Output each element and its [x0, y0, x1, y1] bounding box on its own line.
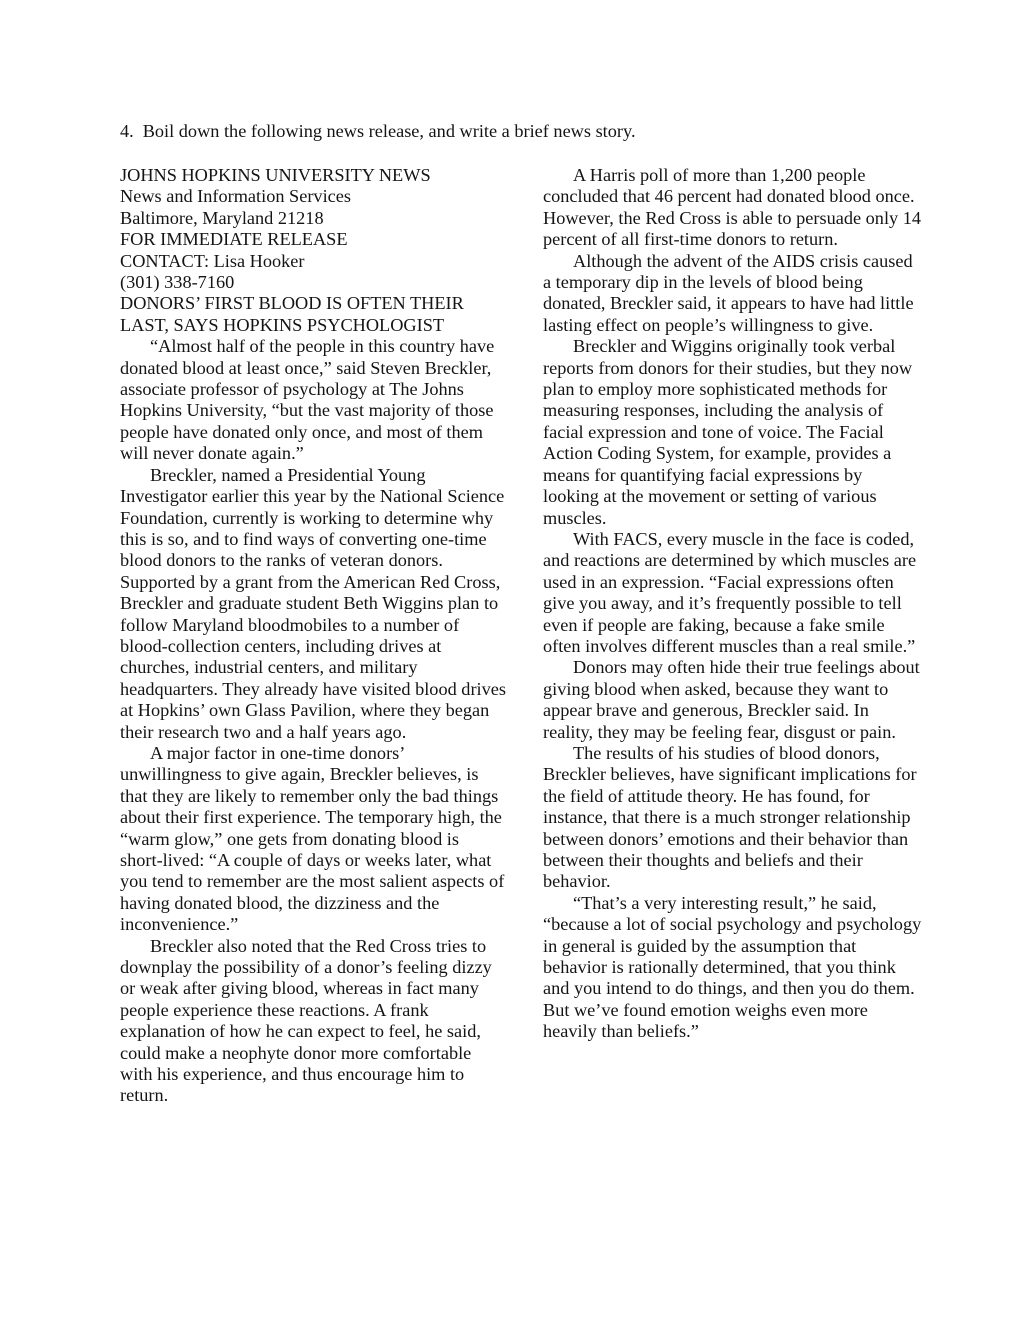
release-paragraph: Although the advent of the AIDS crisis c… [543, 251, 922, 337]
release-paragraph: With FACS, every muscle in the face is c… [543, 529, 922, 657]
release-right-column: A Harris poll of more than 1,200 people … [543, 165, 922, 1107]
release-header-line: JOHNS HOPKINS UNIVERSITY NEWS [120, 165, 506, 186]
release-header-line: News and Information Services [120, 186, 506, 207]
exercise-instruction: Boil down the following news release, an… [143, 121, 636, 141]
release-paragraph: Breckler and Wiggins originally took ver… [543, 336, 922, 529]
release-paragraph: A Harris poll of more than 1,200 people … [543, 165, 922, 251]
release-right-body: A Harris poll of more than 1,200 people … [543, 165, 922, 1043]
release-paragraph: The results of his studies of blood dono… [543, 743, 922, 893]
release-paragraph: “Almost half of the people in this count… [120, 336, 506, 464]
release-header: JOHNS HOPKINS UNIVERSITY NEWSNews and In… [120, 165, 506, 336]
release-header-line: DONORS’ FIRST BLOOD IS OFTEN THEIR LAST,… [120, 293, 506, 336]
release-paragraph: Breckler, named a Presidential Young Inv… [120, 465, 506, 743]
release-header-line: CONTACT: Lisa Hooker [120, 251, 506, 272]
release-paragraph: A major factor in one-time donors’ unwil… [120, 743, 506, 936]
release-header-line: (301) 338-7160 [120, 272, 506, 293]
release-left-body: “Almost half of the people in this count… [120, 336, 506, 1107]
release-paragraph: Donors may often hide their true feeling… [543, 657, 922, 743]
exercise-number: 4. [120, 121, 134, 141]
release-left-column: JOHNS HOPKINS UNIVERSITY NEWSNews and In… [120, 165, 506, 1107]
release-header-line: Baltimore, Maryland 21218 [120, 208, 506, 229]
release-paragraph: “That’s a very interesting result,” he s… [543, 893, 922, 1043]
document-page: 4.Boil down the following news release, … [0, 0, 1020, 1320]
release-paragraph: Breckler also noted that the Red Cross t… [120, 936, 506, 1107]
news-release: JOHNS HOPKINS UNIVERSITY NEWSNews and In… [120, 165, 922, 1107]
exercise-heading: 4.Boil down the following news release, … [120, 120, 636, 142]
release-header-line: FOR IMMEDIATE RELEASE [120, 229, 506, 250]
